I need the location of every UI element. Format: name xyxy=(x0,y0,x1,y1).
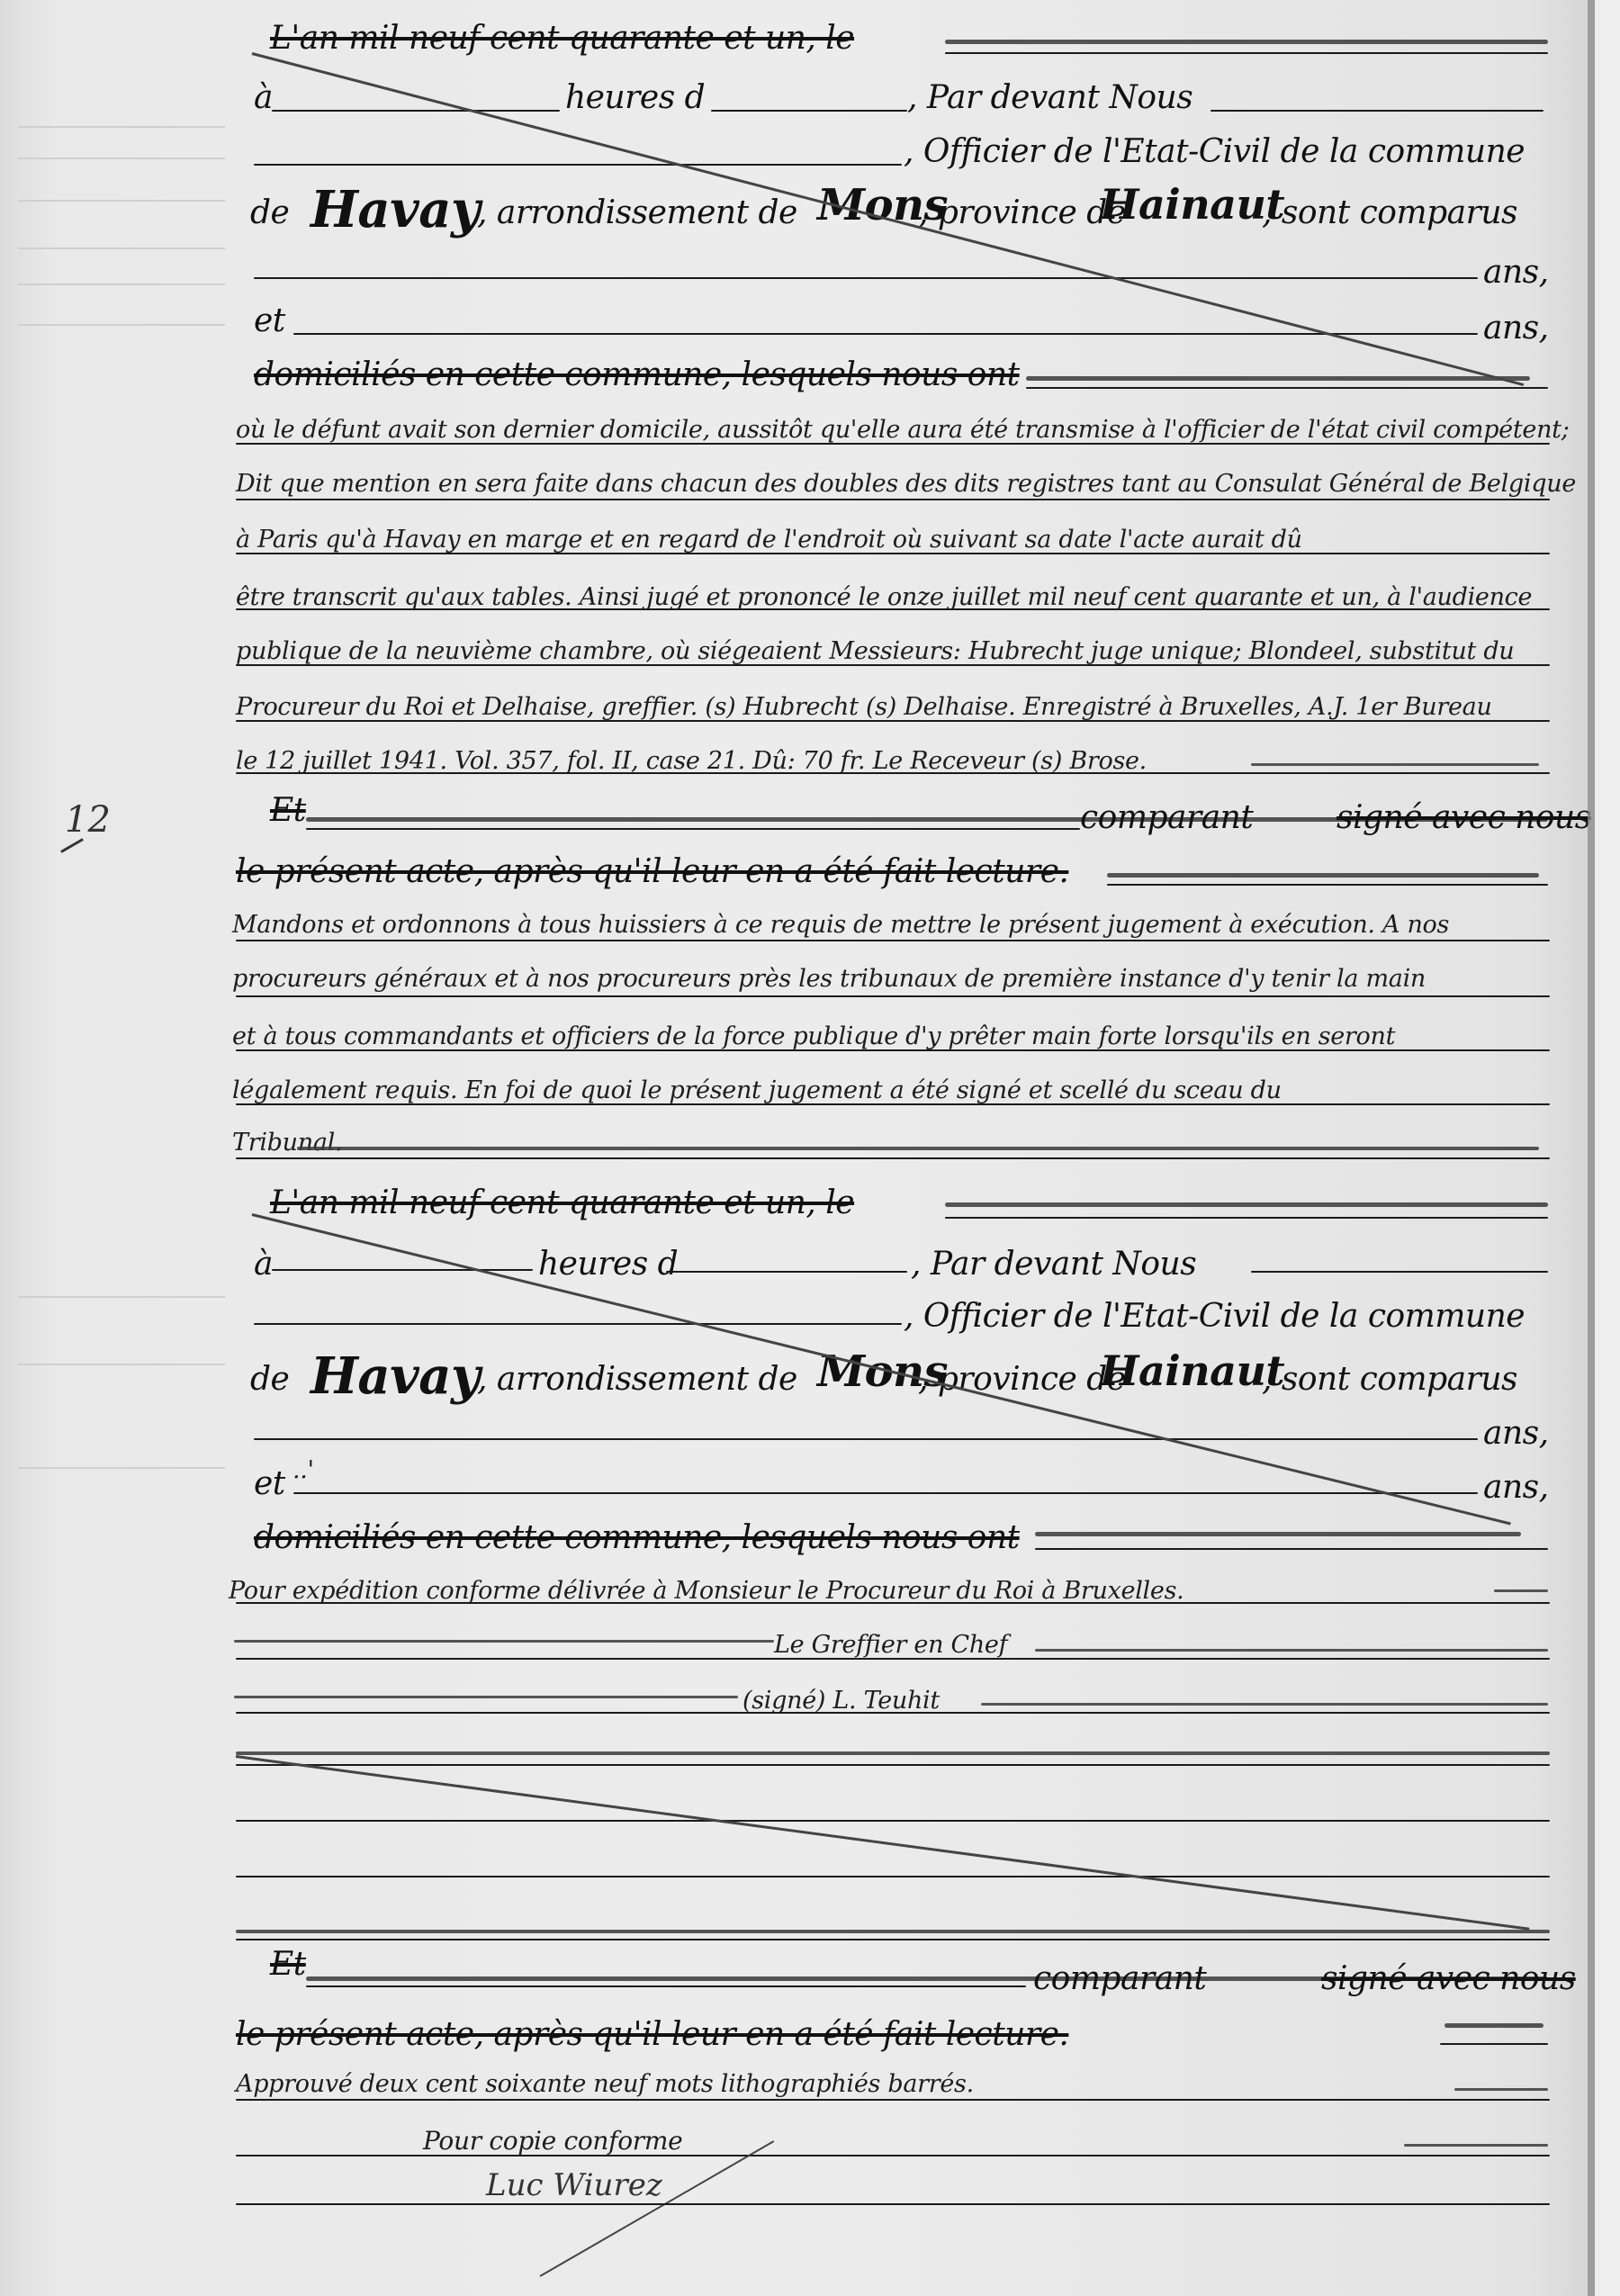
copie-conforme-text: Pour copie conforme xyxy=(423,2126,682,2156)
filler-stroke xyxy=(1404,2144,1548,2147)
greffier-signature: (signé) L. Teuhit xyxy=(742,1687,940,1715)
handwritten-line: publique de la neuvième chambre, où siég… xyxy=(236,637,1514,665)
form-text-domicilies: domiciliés en cette commune, lesquels no… xyxy=(254,356,1020,393)
strike-line xyxy=(945,1202,1548,1207)
handwritten-mark: ..' xyxy=(292,1456,314,1484)
form-blank-line xyxy=(293,1492,1478,1494)
ruled-line xyxy=(236,1658,1550,1660)
form-text-province: , province de xyxy=(918,1361,1126,1398)
form-blank-line xyxy=(272,110,560,112)
form-blank-line xyxy=(254,277,1478,279)
form-blank-line xyxy=(1026,387,1548,389)
form-text-a: à xyxy=(254,1246,273,1283)
form-blank-line xyxy=(666,1271,907,1273)
bleed-through-line xyxy=(18,284,225,285)
province-name: Hainaut xyxy=(1100,180,1284,229)
bleed-through-line xyxy=(18,248,225,249)
bleed-through-line xyxy=(18,126,225,128)
ruled-line xyxy=(236,664,1550,666)
handwritten-line: le 12 juillet 1941. Vol. 357, fol. II, c… xyxy=(236,747,1147,775)
form-text-province: , province de xyxy=(918,194,1126,231)
ruled-line xyxy=(236,1157,1550,1159)
handwritten-line: Pour expédition conforme délivrée à Mons… xyxy=(229,1577,1183,1605)
form-blank-line xyxy=(306,1985,1026,1987)
form-text-de: de xyxy=(250,1361,289,1398)
handwritten-line: où le défunt avait son dernier domicile,… xyxy=(236,416,1570,444)
form-text-par-devant: , Par devant Nous xyxy=(911,1246,1196,1283)
strike-line xyxy=(1444,2023,1543,2028)
strike-line xyxy=(236,1751,1550,1755)
ruled-line xyxy=(236,1049,1550,1051)
form-text-ans: ans, xyxy=(1483,310,1549,347)
handwritten-line: Mandons et ordonnons à tous huissiers à … xyxy=(232,911,1449,939)
form-text-year: L'an mil neuf cent quarante et un, le xyxy=(270,20,854,57)
ruled-line xyxy=(236,608,1550,610)
form-text-et: et xyxy=(254,302,285,339)
bleed-through-line xyxy=(18,200,225,202)
bleed-through-line xyxy=(18,158,225,159)
page-binding-edge xyxy=(1588,0,1595,2296)
form-blank-line xyxy=(1107,884,1548,886)
ruled-line xyxy=(236,1939,1550,1940)
ruled-line xyxy=(236,2155,1550,2156)
form-text-arrondissement: , arrondissement de xyxy=(477,1361,797,1398)
ruled-line xyxy=(236,1764,1550,1766)
handwritten-line: et à tous commandants et officiers de la… xyxy=(232,1022,1395,1050)
ruled-line xyxy=(236,1712,1550,1714)
adjacent-page-edge xyxy=(1595,0,1620,2296)
ruled-line xyxy=(236,553,1550,554)
form-blank-line xyxy=(254,164,902,166)
filler-stroke xyxy=(1035,1649,1548,1652)
form-text-heures: heures d xyxy=(538,1246,678,1283)
strike-line xyxy=(1035,1532,1521,1536)
form-text-et: et xyxy=(254,1465,285,1502)
ruled-line xyxy=(236,443,1550,445)
ruled-line xyxy=(236,1602,1550,1604)
strike-line xyxy=(945,40,1548,44)
form-text-heures: heures d xyxy=(565,79,705,116)
signature: Luc Wiurez xyxy=(486,2167,662,2203)
form-text-lecture: le présent acte, après qu'il leur en a é… xyxy=(236,853,1068,890)
ruled-line xyxy=(236,2203,1550,2205)
form-blank-line xyxy=(306,828,1080,830)
margin-number: 12 xyxy=(65,799,111,841)
form-text-comparant: comparant xyxy=(1080,799,1253,836)
filler-stroke xyxy=(981,1703,1548,1706)
form-blank-line xyxy=(1035,1548,1548,1550)
bleed-through-line xyxy=(18,1296,225,1298)
form-blank-line xyxy=(1210,110,1543,112)
form-text-a: à xyxy=(254,79,273,116)
form-blank-line xyxy=(945,52,1548,54)
form-text-signe: signé avec nous xyxy=(1321,1960,1576,1997)
bleed-through-line xyxy=(18,1364,225,1365)
ruled-line xyxy=(236,995,1550,997)
handwritten-line: Procureur du Roi et Delhaise, greffier. … xyxy=(236,693,1492,721)
form-text-lecture: le présent acte, après qu'il leur en a é… xyxy=(236,2016,1068,2053)
handwritten-line: Approuvé deux cent soixante neuf mots li… xyxy=(236,2070,974,2098)
handwritten-line: Tribunal. xyxy=(232,1129,342,1157)
filler-stroke xyxy=(1454,2088,1548,2091)
form-blank-line xyxy=(1440,2043,1548,2045)
ruled-line xyxy=(236,499,1550,500)
form-text-domicilies: domiciliés en cette commune, lesquels no… xyxy=(254,1519,1020,1556)
form-text-comparant: comparant xyxy=(1033,1960,1206,1997)
form-blank-line xyxy=(1251,1271,1548,1273)
handwritten-line: à Paris qu'à Havay en marge et en regard… xyxy=(236,526,1302,554)
ruled-line xyxy=(236,1820,1550,1822)
strike-line xyxy=(236,1930,1550,1933)
signature-flourish xyxy=(540,2140,775,2277)
form-text-officier: , Officier de l'Etat-Civil de la commune xyxy=(904,133,1525,170)
bleed-through-line xyxy=(18,1467,225,1469)
form-blank-line xyxy=(945,1217,1548,1219)
province-name: Hainaut xyxy=(1100,1346,1284,1395)
form-text-comparus: , sont comparus xyxy=(1262,1361,1517,1398)
commune-name: Havay xyxy=(310,1346,480,1406)
filler-stroke xyxy=(234,1696,738,1698)
form-text-year: L'an mil neuf cent quarante et un, le xyxy=(270,1184,854,1221)
form-blank-line xyxy=(293,333,1478,335)
diagonal-cancellation-line xyxy=(236,1755,1530,1931)
handwritten-line: procureurs généraux et à nos procureurs … xyxy=(232,965,1426,993)
strike-line xyxy=(1026,376,1530,381)
filler-stroke xyxy=(1251,763,1539,766)
handwritten-line: Dit que mention en sera faite dans chacu… xyxy=(236,470,1576,498)
ruled-line xyxy=(236,1876,1550,1877)
form-text-de: de xyxy=(250,194,289,231)
form-blank-line xyxy=(254,1323,902,1325)
ruled-line xyxy=(236,940,1550,941)
filler-stroke xyxy=(234,1640,774,1643)
form-text-officier: , Officier de l'Etat-Civil de la commune xyxy=(904,1298,1525,1335)
form-text-arrondissement: , arrondissement de xyxy=(477,194,797,231)
form-text-ans: ans, xyxy=(1483,1469,1549,1506)
ruled-line xyxy=(236,1103,1550,1105)
ruled-line xyxy=(236,2099,1550,2101)
form-blank-line xyxy=(254,1438,1478,1440)
ruled-line xyxy=(236,772,1550,774)
form-text-ans: ans, xyxy=(1483,254,1549,291)
greffier-title: Le Greffier en Chef xyxy=(774,1631,1007,1659)
form-text-comparus: , sont comparus xyxy=(1262,194,1517,231)
form-text-ans: ans, xyxy=(1483,1415,1549,1452)
register-page: 12 L'an mil neuf cent quarante et un, le… xyxy=(0,0,1600,2296)
handwritten-line: légalement requis. En foi de quoi le pré… xyxy=(232,1076,1282,1104)
form-blank-line xyxy=(711,110,907,112)
ruled-line xyxy=(236,720,1550,722)
form-text-signe: signé avec nous xyxy=(1336,799,1591,836)
handwritten-line: être transcrit qu'aux tables. Ainsi jugé… xyxy=(236,583,1532,611)
filler-stroke xyxy=(1494,1589,1548,1592)
filler-stroke xyxy=(297,1147,1539,1150)
form-text-et: Et xyxy=(270,1946,306,1983)
commune-name: Havay xyxy=(310,180,480,239)
form-text-par-devant: , Par devant Nous xyxy=(907,79,1192,116)
strike-line xyxy=(1107,873,1539,878)
form-text-et: Et xyxy=(270,792,306,829)
form-blank-line xyxy=(272,1269,533,1271)
bleed-through-line xyxy=(18,324,225,326)
